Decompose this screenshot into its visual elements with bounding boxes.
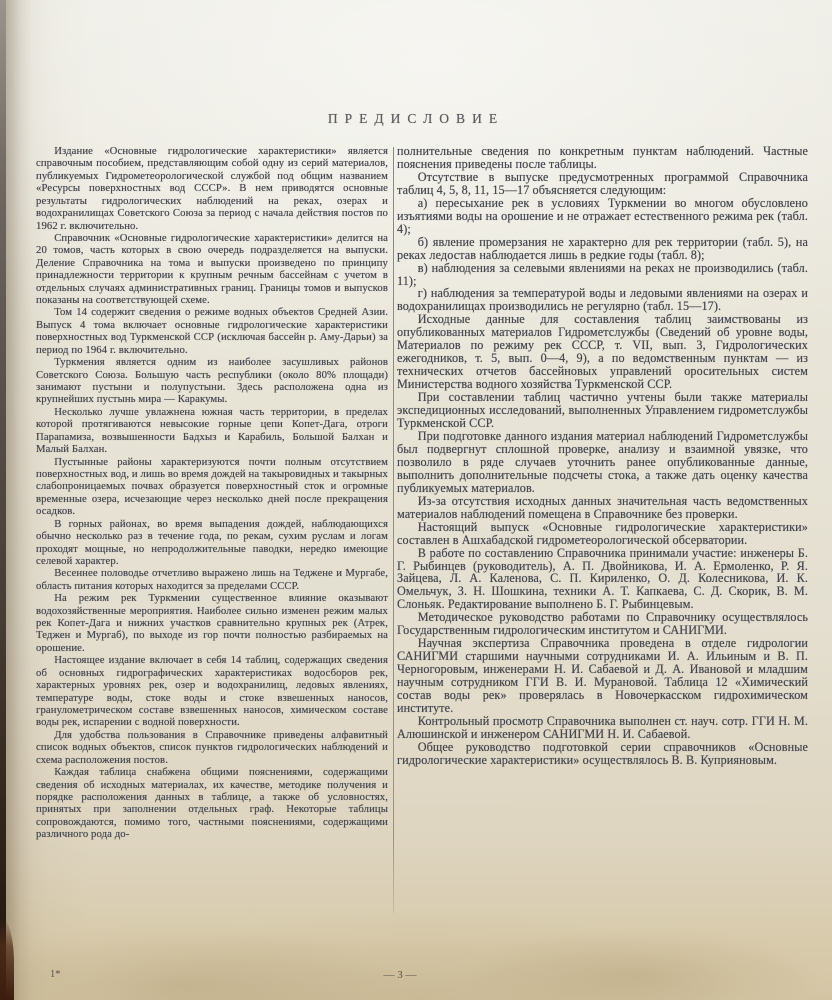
paragraph: Несколько лучше увлажнена южная часть те…	[36, 406, 388, 456]
paragraph: Туркмения является одним из наиболее зас…	[36, 356, 388, 406]
gutter-shadow	[6, 0, 32, 1000]
paragraph: Методическое руководство работами по Спр…	[397, 611, 808, 637]
paragraph: Настоящее издание включает в себя 14 таб…	[36, 654, 388, 729]
paragraph: Издание «Основные гидрологические характ…	[36, 145, 388, 232]
paragraph: г) наблюдения за температурой воды и лед…	[397, 287, 808, 313]
paragraph: Справочник «Основные гидрологические хар…	[36, 232, 388, 307]
text-columns: Издание «Основные гидрологические характ…	[36, 145, 812, 913]
paragraph: а) пересыхание рек в условиях Туркмении …	[397, 197, 808, 236]
paragraph-group-left: Издание «Основные гидрологические характ…	[36, 145, 388, 841]
paragraph: При подготовке данного издания материал …	[397, 430, 808, 495]
paragraph: Отсутствие в выпуске предусмотренных про…	[397, 171, 808, 197]
paragraph: В работе по составлению Справочника прин…	[397, 547, 808, 612]
page-number: — 3 —	[366, 969, 434, 981]
paragraph: Настоящий выпуск «Основные гидрологическ…	[397, 521, 808, 547]
paragraph: На режим рек Туркмении существенное влия…	[36, 592, 388, 654]
column-left: Издание «Основные гидрологические характ…	[36, 145, 388, 913]
paragraph: Для удобства пользования в Справочнике п…	[36, 729, 388, 766]
paragraph: В горных районах, во время выпадения дож…	[36, 518, 388, 568]
paragraph: в) наблюдения за селевыми явлениями на р…	[397, 262, 808, 288]
paragraph-continuation: полнительные сведения по конкретным пунк…	[397, 145, 808, 171]
column-divider-rule	[393, 147, 394, 913]
paragraph: Научная экспертиза Справочника проведена…	[397, 637, 808, 715]
paragraph: Весеннее половодье отчетливо выражено ли…	[36, 567, 388, 592]
paragraph: При составлении таблиц частично учтены б…	[397, 391, 808, 430]
paragraph: Общее руководство подготовкой серии спра…	[397, 741, 808, 767]
paragraph-group-right: Отсутствие в выпуске предусмотренных про…	[397, 171, 808, 767]
paragraph: Пустынные районы характеризуются почти п…	[36, 456, 388, 518]
paragraph: Исходные данные для составления таблиц з…	[397, 313, 808, 391]
book-edge-strip	[0, 0, 6, 1000]
paragraph: б) явление промерзания не характерно для…	[397, 236, 808, 262]
paragraph: Из-за отсутствия исходных данных значите…	[397, 495, 808, 521]
scanned-book-page: ПРЕДИСЛОВИЕ Издание «Основные гидрологич…	[0, 0, 832, 1000]
column-right: полнительные сведения по конкретным пунк…	[397, 145, 808, 913]
paragraph: Каждая таблица снабжена общими пояснения…	[36, 766, 388, 841]
signature-mark: 1*	[50, 969, 61, 980]
page-title: ПРЕДИСЛОВИЕ	[0, 111, 832, 127]
paragraph: Контрольный просмотр Справочника выполне…	[397, 715, 808, 741]
paragraph: Том 14 содержит сведения о режиме водных…	[36, 306, 388, 356]
